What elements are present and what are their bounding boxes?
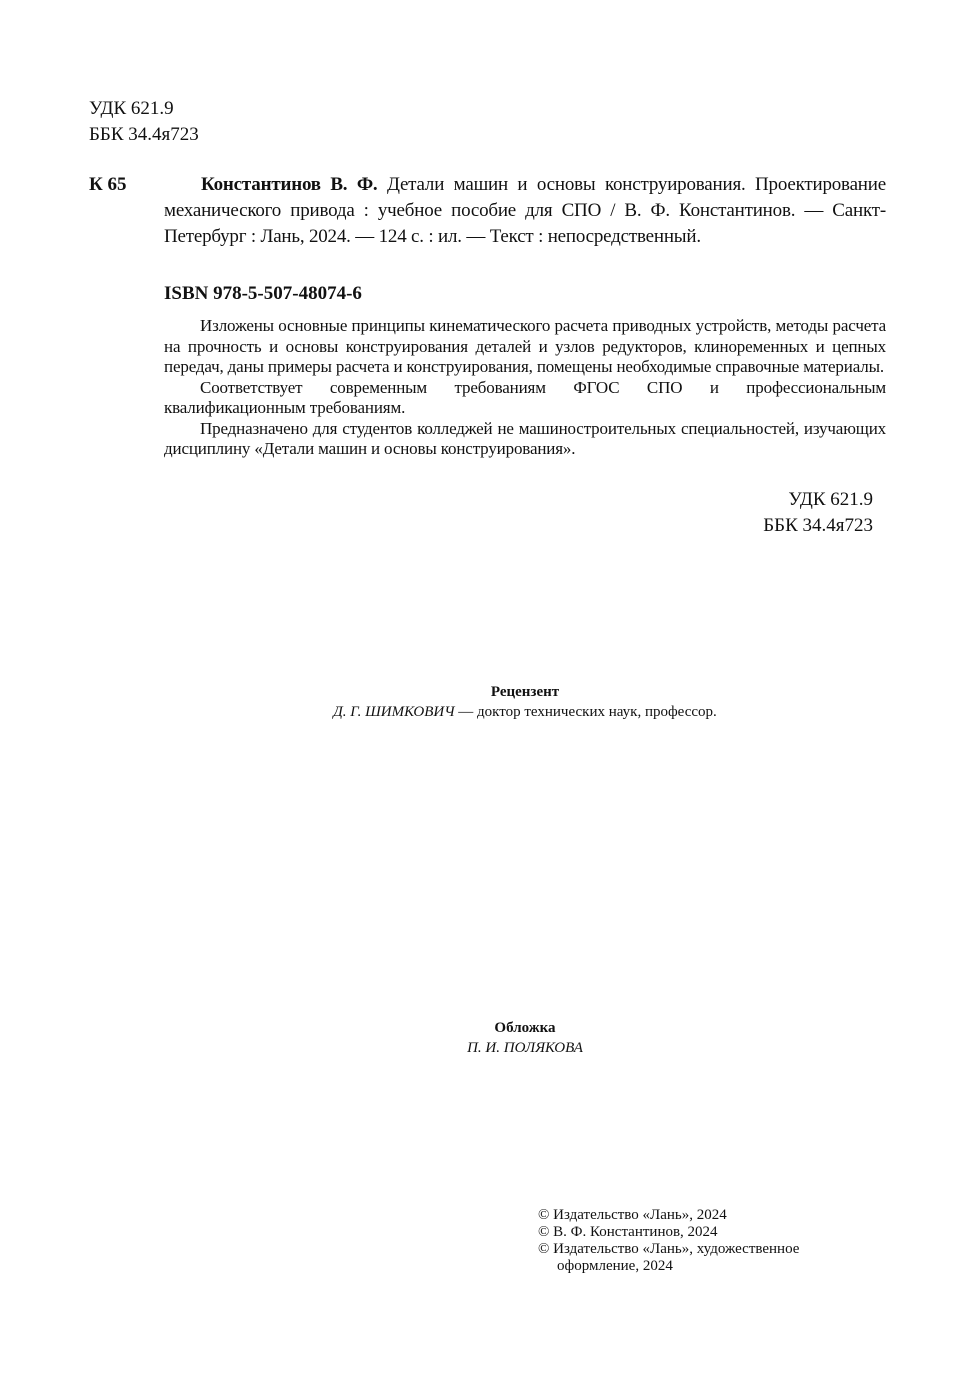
copyright-block: © Издательство «Лань», 2024 © В. Ф. Конс… <box>538 1207 858 1275</box>
cover-credit-block: Обложка П. И. ПОЛЯКОВА <box>430 1018 620 1058</box>
classification-codes-top: УДК 621.9 ББК 34.4я723 <box>89 96 199 148</box>
annotation-paragraph: Изложены основные принципы кинематическо… <box>164 316 886 378</box>
copyright-line: оформление, 2024 <box>538 1258 858 1275</box>
reviewer-title: Рецензент <box>290 682 760 702</box>
reviewer-block: Рецензент Д. Г. ШИМКОВИЧ — доктор технич… <box>290 682 760 722</box>
annotation: Изложены основные принципы кинематическо… <box>164 316 886 460</box>
bibliographic-description: Константинов В. Ф. Детали машин и основы… <box>164 172 886 250</box>
bbk-code: ББК 34.4я723 <box>89 122 199 148</box>
author-name: Константинов В. Ф. <box>201 174 377 195</box>
classification-codes-bottom: УДК 621.9 ББК 34.4я723 <box>700 487 873 539</box>
copyright-line: © Издательство «Лань», художественное <box>538 1241 858 1258</box>
author-mark: К 65 <box>89 172 127 198</box>
copyright-line: © В. Ф. Константинов, 2024 <box>538 1224 858 1241</box>
copyright-line: © Издательство «Лань», 2024 <box>538 1207 858 1224</box>
annotation-paragraph: Соответствует современным требованиям ФГ… <box>164 378 886 419</box>
udk-code: УДК 621.9 <box>700 487 873 513</box>
reviewer-description: — доктор технических наук, профессор. <box>455 704 717 720</box>
annotation-paragraph: Предназначено для студентов колледжей не… <box>164 419 886 460</box>
isbn: ISBN 978-5-507-48074-6 <box>164 282 362 306</box>
reviewer-name: Д. Г. ШИМКОВИЧ <box>333 704 454 720</box>
udk-code: УДК 621.9 <box>89 96 199 122</box>
cover-designer-name: П. И. ПОЛЯКОВА <box>430 1038 620 1058</box>
bbk-code: ББК 34.4я723 <box>700 513 873 539</box>
cover-title: Обложка <box>430 1018 620 1038</box>
